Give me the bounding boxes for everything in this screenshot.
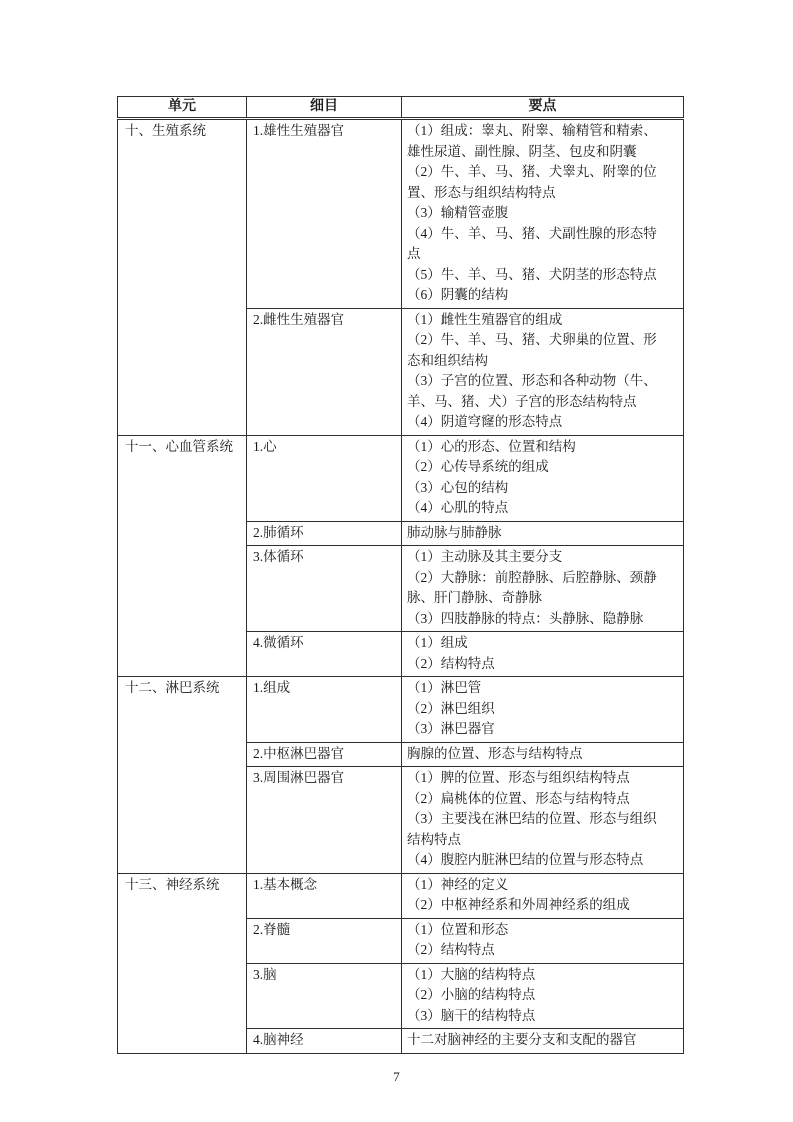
point-line: （3）主要浅在淋巴结的位置、形态与组织: [407, 809, 683, 830]
point-line: （2）中枢神经系和外周神经系的组成: [407, 895, 683, 916]
point-line: （3）四肢静脉的特点：头静脉、隐静脉: [407, 609, 683, 630]
point-line: （2）结构特点: [407, 654, 683, 675]
point-line: （3）子宫的位置、形态和各种动物（牛、: [407, 371, 683, 392]
points-cell: （1）神经的定义（2）中枢神经系和外周神经系的组成: [402, 873, 684, 918]
point-line: （4）腹腔内脏淋巴结的位置与形态特点: [407, 850, 683, 871]
point-line: （5）牛、羊、马、猪、犬阴茎的形态特点: [407, 265, 683, 286]
unit-cell: 十二、淋巴系统: [118, 677, 247, 874]
item-cell: 2.中枢淋巴器官: [247, 742, 402, 767]
table-row: 十二、淋巴系统1.组成（1）淋巴管（2）淋巴组织（3）淋巴器官: [118, 677, 684, 743]
item-cell: 4.微循环: [247, 632, 402, 677]
point-line: （1）组成：睾丸、附睾、输精管和精索、: [407, 121, 683, 142]
point-line: （1）脾的位置、形态与组织结构特点: [407, 768, 683, 789]
point-line: （2）扁桃体的位置、形态与结构特点: [407, 789, 683, 810]
point-line: （1）位置和形态: [407, 920, 683, 941]
unit-cell: 十、生殖系统: [118, 119, 247, 436]
points-cell: 胸腺的位置、形态与结构特点: [402, 742, 684, 767]
table-header-row: 单元 细目 要点: [118, 97, 684, 119]
points-cell: 肺动脉与肺静脉: [402, 521, 684, 546]
points-cell: （1）组成：睾丸、附睾、输精管和精索、雄性尿道、副性腺、阴茎、包皮和阴囊（2）牛…: [402, 119, 684, 309]
point-line: 羊、马、猪、犬）子宫的形态结构特点: [407, 392, 683, 413]
point-line: （1）大脑的结构特点: [407, 965, 683, 986]
point-line: （4）心肌的特点: [407, 498, 683, 519]
header-points: 要点: [402, 97, 684, 119]
point-line: （3）心包的结构: [407, 478, 683, 499]
item-cell: 3.体循环: [247, 546, 402, 632]
point-line: （1）主动脉及其主要分支: [407, 547, 683, 568]
points-cell: （1）组成（2）结构特点: [402, 632, 684, 677]
point-line: 脉、肝门静脉、奇静脉: [407, 588, 683, 609]
point-line: （2）牛、羊、马、猪、犬睾丸、附睾的位: [407, 162, 683, 183]
point-line: （2）结构特点: [407, 940, 683, 961]
point-line: （3）脑干的结构特点: [407, 1006, 683, 1027]
table-row: 十一、心血管系统1.心（1）心的形态、位置和结构（2）心传导系统的组成（3）心包…: [118, 435, 684, 521]
item-cell: 2.肺循环: [247, 521, 402, 546]
unit-cell: 十三、神经系统: [118, 873, 247, 1053]
unit-cell: 十一、心血管系统: [118, 435, 247, 677]
point-line: （2）淋巴组织: [407, 699, 683, 720]
point-line: 态和组织结构: [407, 351, 683, 372]
point-line: （1）淋巴管: [407, 678, 683, 699]
points-cell: （1）主动脉及其主要分支（2）大静脉：前腔静脉、后腔静脉、颈静脉、肝门静脉、奇静…: [402, 546, 684, 632]
points-cell: （1）大脑的结构特点（2）小脑的结构特点（3）脑干的结构特点: [402, 963, 684, 1029]
point-line: 雄性尿道、副性腺、阴茎、包皮和阴囊: [407, 142, 683, 163]
item-cell: 3.周围淋巴器官: [247, 767, 402, 874]
points-cell: （1）脾的位置、形态与组织结构特点（2）扁桃体的位置、形态与结构特点（3）主要浅…: [402, 767, 684, 874]
point-line: （2）小脑的结构特点: [407, 985, 683, 1006]
item-cell: 1.心: [247, 435, 402, 521]
table-body: 十、生殖系统1.雄性生殖器官（1）组成：睾丸、附睾、输精管和精索、雄性尿道、副性…: [118, 119, 684, 1054]
point-line: （1）神经的定义: [407, 875, 683, 896]
points-cell: （1）位置和形态（2）结构特点: [402, 918, 684, 963]
point-line: 肺动脉与肺静脉: [407, 523, 683, 544]
point-line: （3）输精管壶腹: [407, 203, 683, 224]
points-cell: （1）心的形态、位置和结构（2）心传导系统的组成（3）心包的结构（4）心肌的特点: [402, 435, 684, 521]
item-cell: 3.脑: [247, 963, 402, 1029]
item-cell: 4.脑神经: [247, 1029, 402, 1054]
point-line: （6）阴囊的结构: [407, 285, 683, 306]
document-page: 单元 细目 要点 十、生殖系统1.雄性生殖器官（1）组成：睾丸、附睾、输精管和精…: [0, 0, 793, 1122]
points-cell: （1）淋巴管（2）淋巴组织（3）淋巴器官: [402, 677, 684, 743]
point-line: （1）心的形态、位置和结构: [407, 437, 683, 458]
point-line: （2）牛、羊、马、猪、犬卵巢的位置、形: [407, 330, 683, 351]
point-line: （1）组成: [407, 633, 683, 654]
point-line: （4）牛、羊、马、猪、犬副性腺的形态特: [407, 224, 683, 245]
point-line: 点: [407, 244, 683, 265]
table-row: 十三、神经系统1.基本概念（1）神经的定义（2）中枢神经系和外周神经系的组成: [118, 873, 684, 918]
points-cell: 十二对脑神经的主要分支和支配的器官: [402, 1029, 684, 1054]
point-line: （2）大静脉：前腔静脉、后腔静脉、颈静: [407, 568, 683, 589]
page-number: 7: [0, 1069, 793, 1085]
point-line: （2）心传导系统的组成: [407, 457, 683, 478]
header-item: 细目: [247, 97, 402, 119]
item-cell: 1.组成: [247, 677, 402, 743]
syllabus-table: 单元 细目 要点 十、生殖系统1.雄性生殖器官（1）组成：睾丸、附睾、输精管和精…: [117, 96, 684, 1054]
point-line: 结构特点: [407, 830, 683, 851]
point-line: （3）淋巴器官: [407, 719, 683, 740]
header-unit: 单元: [118, 97, 247, 119]
points-cell: （1）雌性生殖器官的组成（2）牛、羊、马、猪、犬卵巢的位置、形态和组织结构（3）…: [402, 308, 684, 435]
point-line: （1）雌性生殖器官的组成: [407, 310, 683, 331]
table-row: 十、生殖系统1.雄性生殖器官（1）组成：睾丸、附睾、输精管和精索、雄性尿道、副性…: [118, 119, 684, 309]
item-cell: 2.脊髓: [247, 918, 402, 963]
point-line: （4）阴道穹窿的形态特点: [407, 412, 683, 433]
point-line: 十二对脑神经的主要分支和支配的器官: [407, 1030, 683, 1051]
item-cell: 1.雄性生殖器官: [247, 119, 402, 309]
point-line: 置、形态与组织结构特点: [407, 183, 683, 204]
item-cell: 1.基本概念: [247, 873, 402, 918]
item-cell: 2.雌性生殖器官: [247, 308, 402, 435]
point-line: 胸腺的位置、形态与结构特点: [407, 744, 683, 765]
